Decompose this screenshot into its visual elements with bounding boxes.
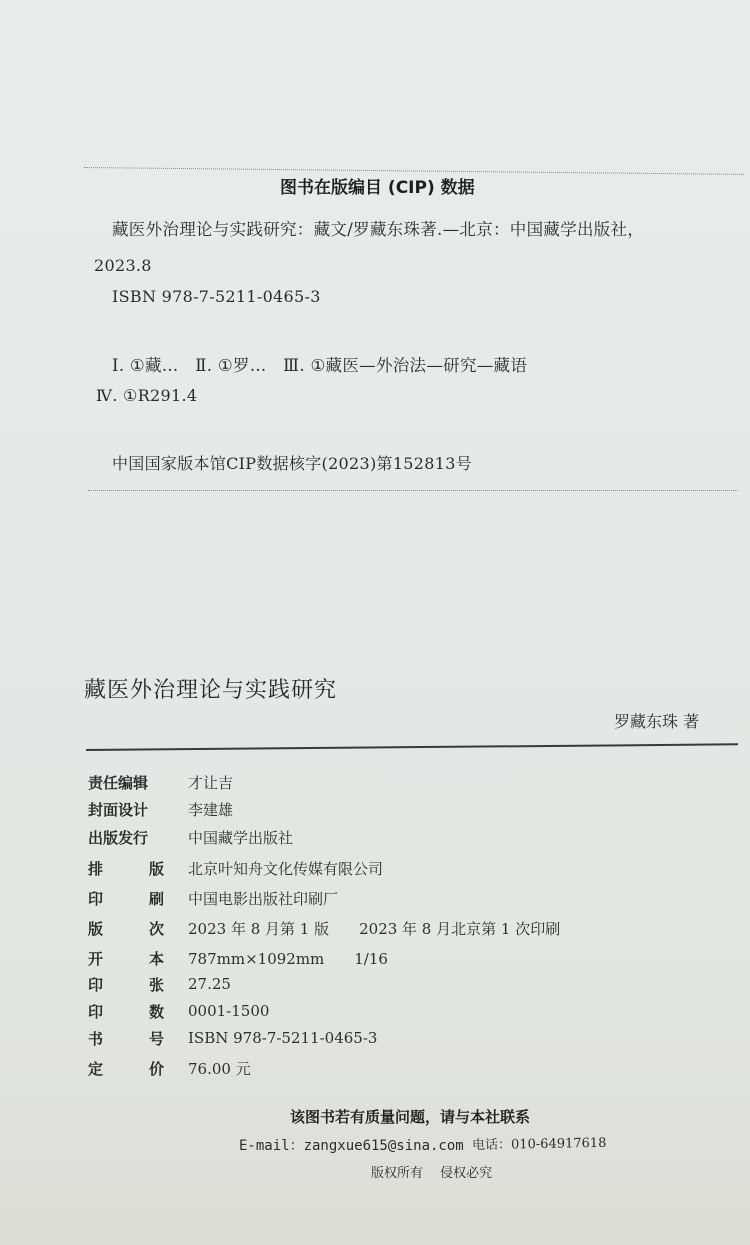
cip-subject-line-2: Ⅳ. ①R291.4 xyxy=(96,386,197,405)
contact-email: E-mail：zangxue615@sina.com xyxy=(239,1135,464,1155)
info-row-isbn: 书号 ISBN 978-7-5211-0465-3 xyxy=(88,1026,377,1050)
info-row-edition: 版次 2023 年 8 月第 1 版 2023 年 8 月北京第 1 次印刷 xyxy=(88,916,560,940)
quality-notice: 该图书若有质量问题，请与本社联系 xyxy=(290,1106,530,1127)
info-label: 印张 xyxy=(88,974,164,995)
info-value: 中国电影出版社印刷厂 xyxy=(188,888,338,909)
info-value: 李建雄 xyxy=(188,799,233,820)
info-label: 版次 xyxy=(88,918,164,939)
cip-subject-line-1: Ⅰ. ①藏… Ⅱ. ①罗… Ⅲ. ①藏医—外治法—研究—藏语 xyxy=(112,352,527,376)
copyright-notice: 版权所有 侵权必究 xyxy=(371,1162,492,1181)
cip-record-line-1: 藏医外治理论与实践研究：藏文/罗藏东珠著.—北京：中国藏学出版社， xyxy=(112,216,644,240)
info-row-publisher: 出版发行 中国藏学出版社 xyxy=(88,825,293,849)
info-row-price: 定价 76.00 元 xyxy=(88,1056,251,1080)
info-row-sheets: 印张 27.25 xyxy=(88,972,231,996)
info-row-editor: 责任编辑 才让吉 xyxy=(88,770,233,794)
cip-heading: 图书在版编目 (CIP) 数据 xyxy=(280,173,475,198)
info-label: 书号 xyxy=(88,1028,164,1049)
info-value: 2023 年 8 月第 1 版 2023 年 8 月北京第 1 次印刷 xyxy=(188,918,560,939)
info-label: 定价 xyxy=(88,1058,164,1079)
contact-line: E-mail：zangxue615@sina.com 电话：010-649176… xyxy=(239,1135,606,1155)
info-value: 北京叶知舟文化传媒有限公司 xyxy=(188,858,383,879)
info-label: 印刷 xyxy=(88,888,164,909)
cip-isbn: ISBN 978-7-5211-0465-3 xyxy=(112,287,321,306)
info-label: 印数 xyxy=(88,1001,164,1022)
info-value: 787mm×1092mm 1/16 xyxy=(188,948,388,969)
cip-record-line-2: 2023.8 xyxy=(94,256,152,275)
info-row-print-run: 印数 0001-1500 xyxy=(88,999,269,1023)
cip-verification-number: 中国国家版本馆CIP数据核字(2023)第152813号 xyxy=(112,451,472,474)
info-row-cover-design: 封面设计 李建雄 xyxy=(88,797,233,821)
info-label: 封面设计 xyxy=(88,799,164,820)
cip-bottom-dotted-rule xyxy=(88,490,738,491)
info-value: 中国藏学出版社 xyxy=(188,827,293,848)
contact-phone: 电话：010-64917618 xyxy=(472,1132,607,1153)
info-label: 出版发行 xyxy=(88,827,164,848)
info-label: 责任编辑 xyxy=(88,772,164,793)
info-value: 0001-1500 xyxy=(188,1002,269,1020)
title-rule xyxy=(86,743,738,750)
info-value: ISBN 978-7-5211-0465-3 xyxy=(188,1029,377,1047)
info-row-printing: 印刷 中国电影出版社印刷厂 xyxy=(88,886,338,910)
info-value: 才让吉 xyxy=(188,772,233,793)
info-label: 排版 xyxy=(88,858,164,879)
info-row-format: 开本 787mm×1092mm 1/16 xyxy=(88,946,388,970)
info-label: 开本 xyxy=(88,948,164,969)
info-row-typesetting: 排版 北京叶知舟文化传媒有限公司 xyxy=(88,856,383,880)
info-value: 76.00 元 xyxy=(188,1058,251,1079)
book-author: 罗藏东珠 著 xyxy=(614,709,699,732)
book-title: 藏医外治理论与实践研究 xyxy=(84,673,337,704)
info-value: 27.25 xyxy=(188,975,231,993)
